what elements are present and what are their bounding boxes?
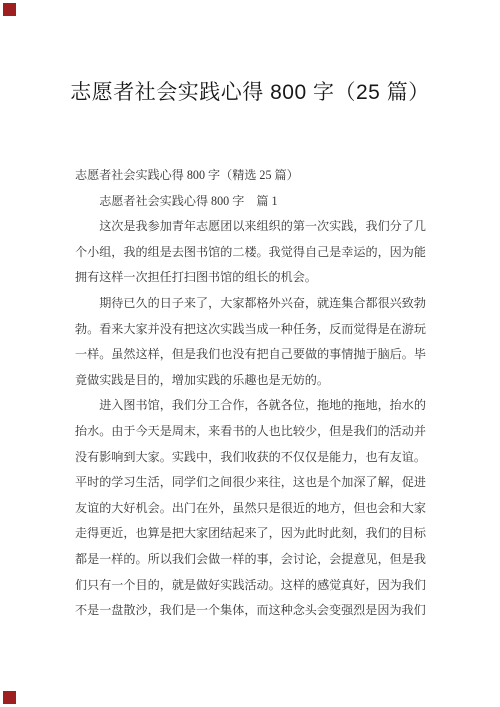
document-title: 志愿者社会实践心得 800 字（25 篇）	[0, 76, 500, 106]
paragraph: 这次是我参加青年志愿团以来组织的第一次实践，我们分了几个小组，我的组是去图书馆的…	[75, 214, 426, 291]
corner-marker-bottom-left	[3, 691, 16, 704]
paragraph: 志愿者社会实践心得 800 字 篇 1	[75, 189, 426, 215]
corner-marker-top-left	[3, 3, 16, 16]
document-body: 志愿者社会实践心得 800 字（精选 25 篇）志愿者社会实践心得 800 字 …	[75, 163, 426, 624]
document-page: 志愿者社会实践心得 800 字（25 篇） 志愿者社会实践心得 800 字（精选…	[0, 0, 500, 707]
paragraph: 志愿者社会实践心得 800 字（精选 25 篇）	[75, 163, 426, 189]
paragraph: 期待已久的日子来了，大家都格外兴奋，就连集合都很兴致勃勃。看来大家并没有把这次实…	[75, 291, 426, 393]
paragraph: 进入图书馆，我们分工合作，各就各位，拖地的拖地，抬水的抬水。由于今天是周末，来看…	[75, 393, 426, 623]
